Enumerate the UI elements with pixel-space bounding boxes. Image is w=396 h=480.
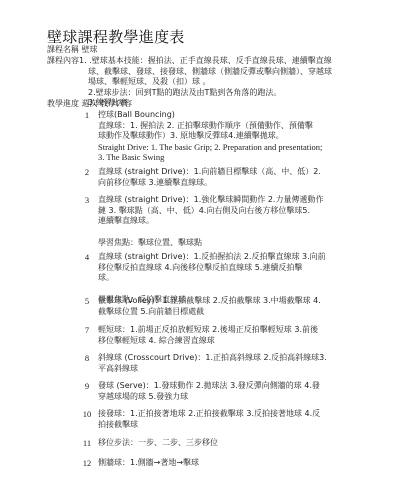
entry-line: 拍接截擊球 — [98, 420, 358, 431]
week-number: 11 — [77, 438, 97, 449]
schedule-header: 教學進度 週次 教學內容 — [47, 99, 132, 110]
week-number: 10 — [77, 409, 97, 420]
week-number: 4 — [77, 252, 97, 263]
week-number: 8 — [77, 353, 97, 364]
entry-line: 側牆球：1.側牆→著地→擊球 — [98, 458, 358, 469]
week-number: 3 — [77, 195, 97, 206]
entry-line: 直線球 (straight Drive)：1.反拍握拍法 2.反拍擊直線球 3.… — [98, 252, 358, 263]
schedule-entry: 控球(Ball Bouncing) 直線球：1. 握拍法 2. 正拍擊球動作順序… — [98, 110, 358, 163]
entry-line: 移位擊反拍直線球 4.向後移位擊反拍直線球 5.連續反拍擊 — [98, 263, 358, 274]
learning-focus: 學習焦點：擊球位置、擊球點 — [98, 238, 358, 249]
course-content-label: 課程內容 — [47, 56, 79, 67]
entry-line: 球動作及擊球動作）3. 原地擊反彈球4.連續擊拋球。 — [98, 131, 358, 142]
content-label: 教學內容 — [100, 99, 132, 108]
schedule-entry: 側牆球：1.側牆→著地→擊球 — [98, 458, 358, 469]
entry-line: 鏈 3. 擊球點（高、中、低）4.向右側及向右後方移位擊球5. — [98, 206, 358, 217]
schedule-entry: 接發球：1.正拍接著地球 2.正拍接截擊球 3.反拍接著地球 4.反 拍接截擊球 — [98, 409, 358, 430]
entry-line: 球。 — [98, 273, 358, 284]
schedule-entry: 輕短球：1.前場正反拍放輕短球 2.後場正反拍擊輕短球 3.前後 移位擊輕短球 … — [98, 325, 358, 346]
entry-line: 連續擊直線球。 — [98, 216, 358, 227]
entry-line: 直線球 (straight Drive)：1.向前牆目標擊球（高、中、低）2. — [98, 167, 358, 178]
week-number: 12 — [77, 458, 97, 469]
entry-line: 輕短球：1.前場正反拍放輕短球 2.後場正反拍擊輕短球 3.前後 — [98, 325, 358, 336]
entry-line: 直線球 (straight Drive)：1.強化擊球瞬間動作 2.力量傳遞動作 — [98, 195, 358, 206]
schedule-entry: 直線球 (straight Drive)：1.強化擊球瞬間動作 2.力量傳遞動作… — [98, 195, 358, 248]
schedule-entry: 斜線球 (Crosscourt Drive)：1.正拍高斜線球 2.反拍高斜線球… — [98, 353, 358, 374]
entry-line: 移位步法：一步、二步、三步移位 — [98, 438, 358, 449]
course-content-line: 1. .壁球基本技能：握拍法、正手直線長球、反手直線長球、連續擊直線 — [79, 56, 332, 67]
course-name-label: 課程名稱 — [47, 45, 79, 54]
course-content-line: 2.壁球步法：回到T點的跑法及由T點到各角落的跑法。 — [79, 88, 332, 99]
entry-line: 直線球：1. 握拍法 2. 正拍擊球動作順序（預備動作、預備擊 — [98, 121, 358, 132]
week-number: 7 — [77, 325, 97, 336]
entry-line: 穿越球場的球 5.發強力球 — [98, 392, 358, 403]
week-label: 週次 — [82, 99, 98, 108]
entry-line: 截擊球位置 5.向前牆目標處截 — [98, 307, 358, 318]
schedule-entry: 截擊球 (Volley)：1.正拍截擊球 2.反拍截擊球 3.中場截擊球 4. … — [98, 296, 358, 317]
page-title: 壁球課程教學進度表 — [47, 28, 185, 46]
document-page: 壁球課程教學進度表 課程名稱 壁球 課程內容 1. .壁球基本技能：握拍法、正手… — [0, 0, 396, 480]
course-name-row: 課程名稱 壁球 — [47, 45, 98, 56]
entry-line: 斜線球 (Crosscourt Drive)：1.正拍高斜線球 2.反拍高斜線球… — [98, 353, 358, 364]
course-content-line: 場球、擊輕短球、及殺（扣）球 。 — [79, 77, 332, 88]
week-number: 9 — [77, 381, 97, 392]
schedule-entry: 發球 (Serve)：1.發球動作 2.拋球法 3.發反彈向側牆的球 4.發 穿… — [98, 381, 358, 402]
entry-line: 接發球：1.正拍接著地球 2.正拍接截擊球 3.反拍接著地球 4.反 — [98, 409, 358, 420]
entry-line: 移位擊輕短球 4. 綜合練習直線球 — [98, 336, 358, 347]
entry-line: 向前移位擊球 3.連續擊直線球。 — [98, 178, 358, 189]
week-number: 5 — [77, 296, 97, 307]
course-name-value: 壁球 — [82, 45, 98, 54]
course-content-line: 球、截擊球、發球、接發球、側牆球（側牆反彈或擊向側牆）、穿越球 — [79, 67, 332, 78]
entry-line: 截擊球 (Volley)：1.正拍截擊球 2.反拍截擊球 3.中場截擊球 4. — [98, 296, 358, 307]
schedule-entry: 移位步法：一步、二步、三步移位 — [98, 438, 358, 449]
progress-label: 教學進度 — [47, 99, 79, 108]
week-number: 1 — [77, 110, 97, 121]
entry-line: 3. The Basic Swing — [98, 152, 358, 163]
entry-line: 平高斜線球 — [98, 364, 358, 375]
entry-line: Straight Drive: 1. The basic Grip; 2. Pr… — [98, 142, 358, 153]
week-number: 2 — [77, 167, 97, 178]
entry-line: 控球(Ball Bouncing) — [98, 110, 358, 121]
schedule-entry: 直線球 (straight Drive)：1.向前牆目標擊球（高、中、低）2. … — [98, 167, 358, 188]
entry-line: 發球 (Serve)：1.發球動作 2.拋球法 3.發反彈向側牆的球 4.發 — [98, 381, 358, 392]
